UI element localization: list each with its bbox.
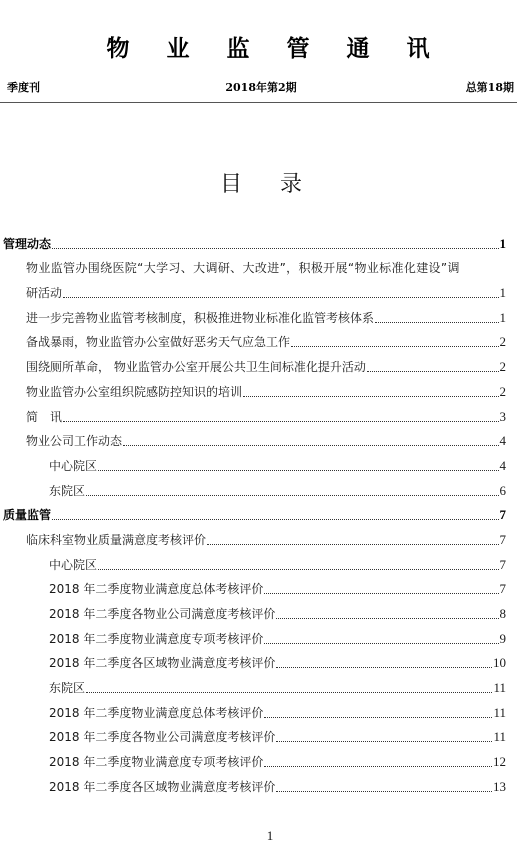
toc-entry-label: 2018 年二季度物业满意度总体考核评价: [49, 579, 263, 599]
page-number: 1: [0, 828, 532, 844]
toc-entry-label: 中心院区: [49, 555, 97, 575]
toc-entry-east-regional[interactable]: 2018 年二季度各区域物业满意度考核评价 13: [0, 772, 532, 797]
toc-entry-label: 2018 年二季度各物业公司满意度考核评价: [49, 727, 275, 747]
toc-title: 目录: [0, 170, 532, 200]
dot-leader: [264, 717, 492, 718]
dot-leader: [243, 396, 498, 397]
toc-entry-quality-supervision[interactable]: 质量监管 7: [0, 501, 532, 526]
dot-leader: [86, 692, 492, 693]
toc-entry-page: 10: [493, 653, 506, 673]
toc-entry-central-overall[interactable]: 2018 年二季度物业满意度总体考核评价 7: [0, 575, 532, 600]
toc-entry-label: 中心院区: [49, 456, 97, 476]
dot-leader: [291, 346, 498, 347]
toc-entry-east-overall[interactable]: 2018 年二季度物业满意度总体考核评价 11: [0, 698, 532, 723]
dot-leader: [264, 643, 498, 644]
toc-entry-page: 12: [493, 752, 506, 772]
toc-entry-label: 进一步完善物业监管考核制度，积极推进物业标准化监管考核体系: [26, 308, 374, 328]
toc-entry-label: 备战暴雨，物业监管办公室做好恶劣天气应急工作: [26, 332, 290, 352]
dot-leader: [98, 569, 498, 570]
issue-bar: 季度刊 2018年第2期 总第18期: [0, 79, 514, 97]
toc-entry-page: 11: [493, 678, 506, 698]
dot-leader: [123, 445, 498, 446]
toc-entry-label: 围绕厕所革命， 物业监管办公室开展公共卫生间标准化提升活动: [26, 357, 366, 377]
toc-entry-page: 1: [500, 234, 507, 254]
dot-leader: [276, 618, 498, 619]
toc-entry-label: 物业公司工作动态: [26, 431, 122, 451]
toc-entry-page: 7: [500, 505, 507, 525]
masthead-char: 管: [287, 34, 310, 64]
toc-entry-page: 2: [500, 332, 507, 352]
dot-leader: [63, 297, 498, 298]
toc-entry-page: 11: [493, 727, 506, 747]
toc-entry-label: 2018 年二季度物业满意度专项考核评价: [49, 752, 263, 772]
masthead-char: 通: [347, 34, 370, 64]
toc-entry-page: 7: [500, 555, 507, 575]
toc-entry-label: 2018 年二季度各区域物业满意度考核评价: [49, 777, 275, 797]
toc-entry-label: 简 讯: [26, 407, 62, 427]
toc-entry-east-campus-2[interactable]: 东院区 11: [0, 673, 532, 698]
toc-entry-page: 7: [500, 530, 507, 550]
toc-entry-label: 2018 年二季度各区域物业满意度考核评价: [49, 653, 275, 673]
masthead-char: 业: [167, 34, 190, 64]
toc-entry-infection-training[interactable]: 物业监管办公室组织院感防控知识的培训 2: [0, 377, 532, 402]
toc-entry-page: 9: [500, 629, 507, 649]
toc-entry-clinical-satisfaction[interactable]: 临床科室物业质量满意度考核评价 7: [0, 525, 532, 550]
dot-leader: [276, 791, 492, 792]
toc-entry-page: 1: [500, 308, 507, 328]
masthead-title: 物 业 监 管 通 讯: [0, 34, 532, 64]
toc-entry-central-regional[interactable]: 2018 年二季度各区域物业满意度考核评价 10: [0, 649, 532, 674]
document-page: 物 业 监 管 通 讯 季度刊 2018年第2期 总第18期 目录 管理动态 1…: [0, 0, 532, 848]
toc-entry-label: 东院区: [49, 481, 85, 501]
toc-entry-research-activity-line1[interactable]: 物业监管办围绕医院“大学习、大调研、大改进”，积极开展“物业标准化建设”调: [0, 254, 532, 279]
toc-entry-central-campus[interactable]: 中心院区 4: [0, 451, 532, 476]
toc-entry-label: 物业监管办公室组织院感防控知识的培训: [26, 382, 242, 402]
dot-leader: [52, 248, 498, 249]
masthead-char: 物: [107, 34, 130, 64]
toc-entry-page: 4: [500, 431, 507, 451]
toc-entry-page: 8: [500, 604, 507, 624]
dot-leader: [276, 741, 492, 742]
dot-leader: [264, 593, 498, 594]
toc-entry-page: 2: [500, 382, 507, 402]
toc-entry-page: 2: [500, 357, 507, 377]
masthead-char: 讯: [407, 34, 430, 64]
dot-leader: [375, 322, 498, 323]
toc-entry-page: 1: [500, 283, 507, 303]
toc-entry-label: 管理动态: [3, 234, 51, 254]
dot-leader: [86, 495, 498, 496]
dot-leader: [98, 470, 498, 471]
toc-entry-page: 11: [493, 703, 506, 723]
header-divider: [0, 102, 517, 103]
toc-entry-assessment-system[interactable]: 进一步完善物业监管考核制度，积极推进物业标准化监管考核体系 1: [0, 303, 532, 328]
toc-entry-east-special[interactable]: 2018 年二季度物业满意度专项考核评价 12: [0, 747, 532, 772]
toc-entry-central-campus-2[interactable]: 中心院区 7: [0, 550, 532, 575]
toc-entry-management-news[interactable]: 管理动态 1: [0, 229, 532, 254]
dot-leader: [276, 667, 492, 668]
masthead-char: 监: [227, 34, 250, 64]
toc-entry-label: 质量监管: [3, 505, 51, 525]
dot-leader: [367, 371, 499, 372]
toc-entry-east-companies[interactable]: 2018 年二季度各物业公司满意度考核评价 11: [0, 723, 532, 748]
dot-leader: [63, 421, 498, 422]
dot-leader: [207, 544, 498, 545]
toc-entry-label: 研活动: [26, 283, 62, 303]
toc-entry-page: 3: [500, 407, 507, 427]
toc-entry-central-special[interactable]: 2018 年二季度物业满意度专项考核评价 9: [0, 624, 532, 649]
dot-leader: [264, 766, 492, 767]
toc-entry-east-campus[interactable]: 东院区 6: [0, 476, 532, 501]
toc-entry-toilet-revolution[interactable]: 围绕厕所革命， 物业监管办公室开展公共卫生间标准化提升活动 2: [0, 352, 532, 377]
issue-number: 2018年第2期: [0, 79, 518, 97]
toc-entry-label: 物业监管办围绕医院“大学习、大调研、大改进”，积极开展“物业标准化建设”调: [26, 258, 460, 278]
toc-entry-label: 临床科室物业质量满意度考核评价: [26, 530, 206, 550]
toc-entry-page: 7: [500, 579, 507, 599]
dot-leader: [52, 519, 498, 520]
toc-entry-label: 东院区: [49, 678, 85, 698]
toc-entry-rainstorm-prep[interactable]: 备战暴雨，物业监管办公室做好恶劣天气应急工作 2: [0, 328, 532, 353]
toc-entry-page: 13: [493, 777, 506, 797]
toc-entry-central-companies[interactable]: 2018 年二季度各物业公司满意度考核评价 8: [0, 599, 532, 624]
toc-entry-page: 4: [500, 456, 507, 476]
toc-entry-briefs[interactable]: 简 讯 3: [0, 402, 532, 427]
toc-entry-company-news[interactable]: 物业公司工作动态 4: [0, 427, 532, 452]
toc-entry-page: 6: [500, 481, 507, 501]
total-issue-number: 总第18期: [466, 79, 514, 97]
toc-entry-label: 2018 年二季度物业满意度专项考核评价: [49, 629, 263, 649]
toc-entry-research-activity-line2[interactable]: 研活动 1: [0, 278, 532, 303]
table-of-contents: 管理动态 1 物业监管办围绕医院“大学习、大调研、大改进”，积极开展“物业标准化…: [0, 229, 532, 797]
toc-entry-label: 2018 年二季度物业满意度总体考核评价: [49, 703, 263, 723]
toc-entry-label: 2018 年二季度各物业公司满意度考核评价: [49, 604, 275, 624]
